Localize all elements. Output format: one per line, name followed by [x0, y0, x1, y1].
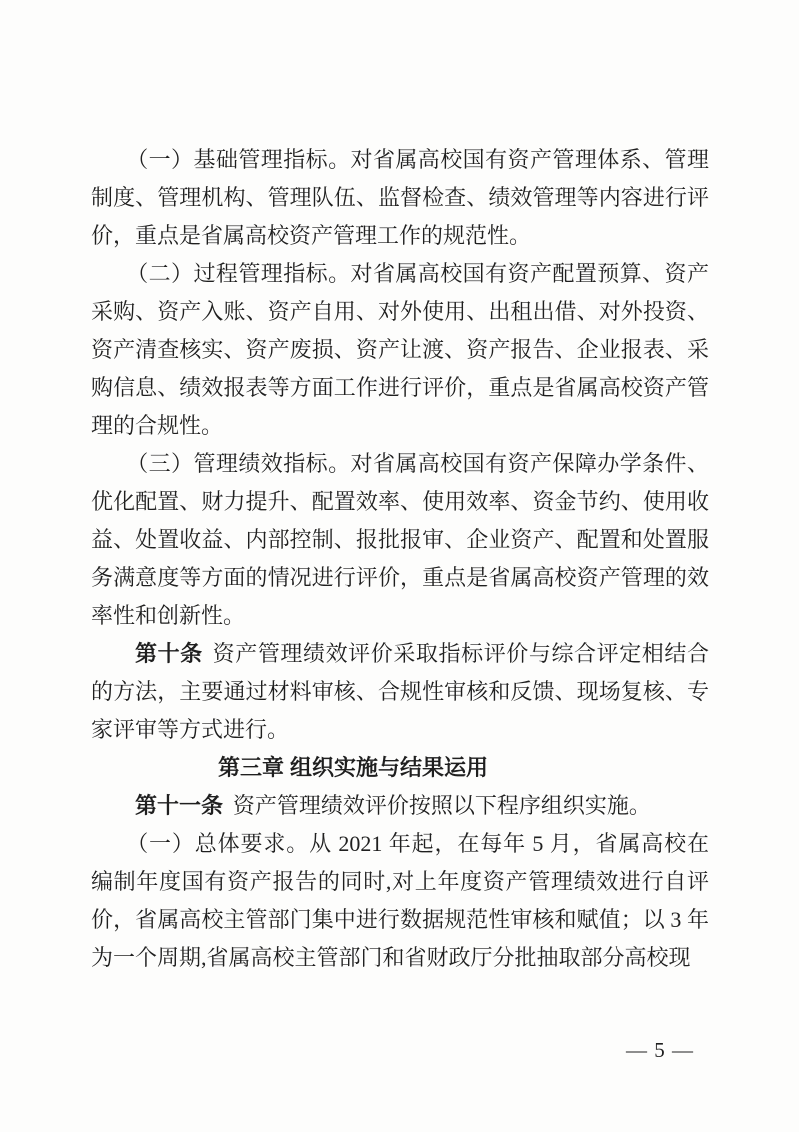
- paragraph-process-management-indicators: （二）过程管理指标。对省属高校国有资产配置预算、资产采购、资产入账、资产自用、对…: [91, 255, 709, 445]
- paragraph-lead: （三）管理绩效指标。: [126, 451, 350, 476]
- article-number-label: 第十条: [135, 641, 203, 666]
- document-page: （一）基础管理指标。对省属高校国有资产管理体系、管理制度、管理机构、管理队伍、监…: [0, 0, 799, 1132]
- paragraph-basic-management-indicators: （一）基础管理指标。对省属高校国有资产管理体系、管理制度、管理机构、管理队伍、监…: [91, 141, 709, 255]
- paragraph-article-10: 第十条资产管理绩效评价采取指标评价与综合评定相结合的方法，主要通过材料审核、合规…: [91, 635, 709, 749]
- paragraph-text: 对省属高校国有资产配置预算、资产采购、资产入账、资产自用、对外使用、出租出借、对…: [91, 261, 709, 438]
- page-number: — 5 —: [626, 1036, 694, 1064]
- paragraph-lead: （一）基础管理指标。: [126, 147, 350, 172]
- document-body: （一）基础管理指标。对省属高校国有资产管理体系、管理制度、管理机构、管理队伍、监…: [91, 141, 709, 977]
- paragraph-lead: （一）总体要求。: [126, 831, 309, 856]
- paragraph-text: 对省属高校国有资产保障办学条件、优化配置、财力提升、配置效率、使用效率、资金节约…: [91, 451, 709, 628]
- paragraph-text: 资产管理绩效评价按照以下程序组织实施。: [233, 793, 651, 818]
- paragraph-lead: （二）过程管理指标。: [126, 261, 350, 286]
- article-number-label: 第十一条: [135, 793, 223, 818]
- paragraph-overall-requirements: （一）总体要求。从 2021 年起，在每年 5 月，省属高校在编制年度国有资产报…: [91, 825, 709, 977]
- paragraph-performance-indicators: （三）管理绩效指标。对省属高校国有资产保障办学条件、优化配置、财力提升、配置效率…: [91, 445, 709, 635]
- paragraph-article-11: 第十一条资产管理绩效评价按照以下程序组织实施。: [91, 787, 709, 825]
- chapter-heading: 第三章 组织实施与结果运用: [91, 749, 709, 787]
